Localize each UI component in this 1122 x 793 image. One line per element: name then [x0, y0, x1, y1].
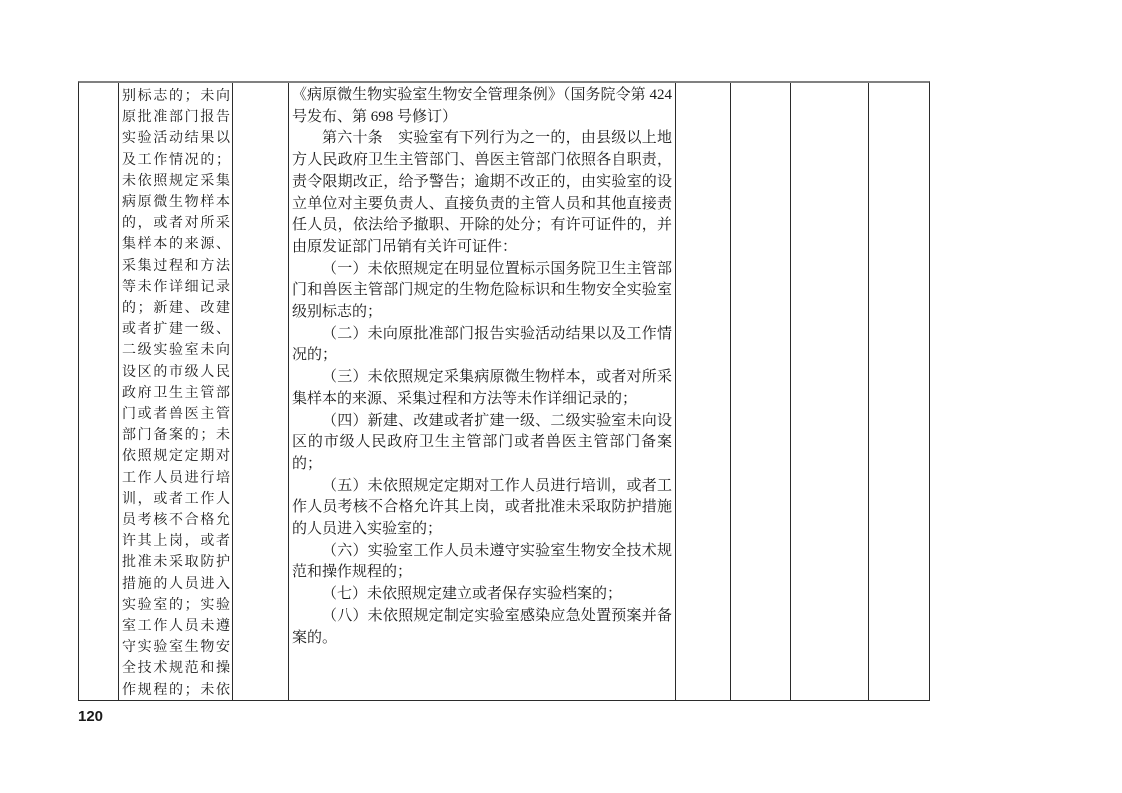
- law-paragraph-item1: （一）未依照规定在明显位置标示国务院卫生主管部门和兽医主管部门规定的生物危险标识…: [292, 259, 672, 324]
- law-paragraph-item6: （六）实验室工作人员未遵守实验室生物安全技术规范和操作规程的；: [292, 541, 672, 584]
- law-title: 《病原微生物实验室生物安全管理条例》（国务院令第 424 号发布、第 698 号…: [292, 85, 672, 128]
- table-cell-empty-2: [730, 83, 790, 700]
- table-cell-empty-3: [790, 83, 868, 700]
- regulation-table: 别标志的；未向原批准部门报告实验活动结果以及工作情况的；未依照规定采集病原微生物…: [78, 81, 930, 701]
- law-paragraph-article60: 第六十条 实验室有下列行为之一的，由县级以上地方人民政府卫生主管部门、兽医主管部…: [292, 128, 672, 258]
- law-paragraph-item5: （五）未依照规定定期对工作人员进行培训，或者工作人员考核不合格允许其上岗，或者批…: [292, 476, 672, 541]
- document-page: 别标志的；未向原批准部门报告实验活动结果以及工作情况的；未依照规定采集病原微生物…: [0, 0, 1122, 793]
- law-paragraph-item3: （三）未依照规定采集病原微生物样本，或者对所采集样本的来源、采集过程和方法等未作…: [292, 367, 672, 410]
- table-cell-empty-gap: [232, 83, 288, 700]
- law-paragraph-item8: （八）未依照规定制定实验室感染应急处置预案并备案的。: [292, 606, 672, 649]
- violation-text-cell: 别标志的；未向原批准部门报告实验活动结果以及工作情况的；未依照规定采集病原微生物…: [118, 83, 232, 700]
- page-number: 120: [78, 708, 103, 725]
- law-paragraph-item7: （七）未依照规定建立或者保存实验档案的；: [292, 584, 672, 606]
- violation-text: 别标志的；未向原批准部门报告实验活动结果以及工作情况的；未依照规定采集病原微生物…: [122, 89, 230, 700]
- table-cell-empty-4: [868, 83, 931, 700]
- law-paragraph-item4: （四）新建、改建或者扩建一级、二级实验室未向设区的市级人民政府卫生主管部门或者兽…: [292, 411, 672, 476]
- law-paragraph-item2: （二）未向原批准部门报告实验活动结果以及工作情况的；: [292, 324, 672, 367]
- law-basis-cell: 《病原微生物实验室生物安全管理条例》（国务院令第 424 号发布、第 698 号…: [288, 83, 675, 700]
- table-cell-empty-1: [675, 83, 730, 700]
- table-cell-empty-left: [79, 83, 118, 700]
